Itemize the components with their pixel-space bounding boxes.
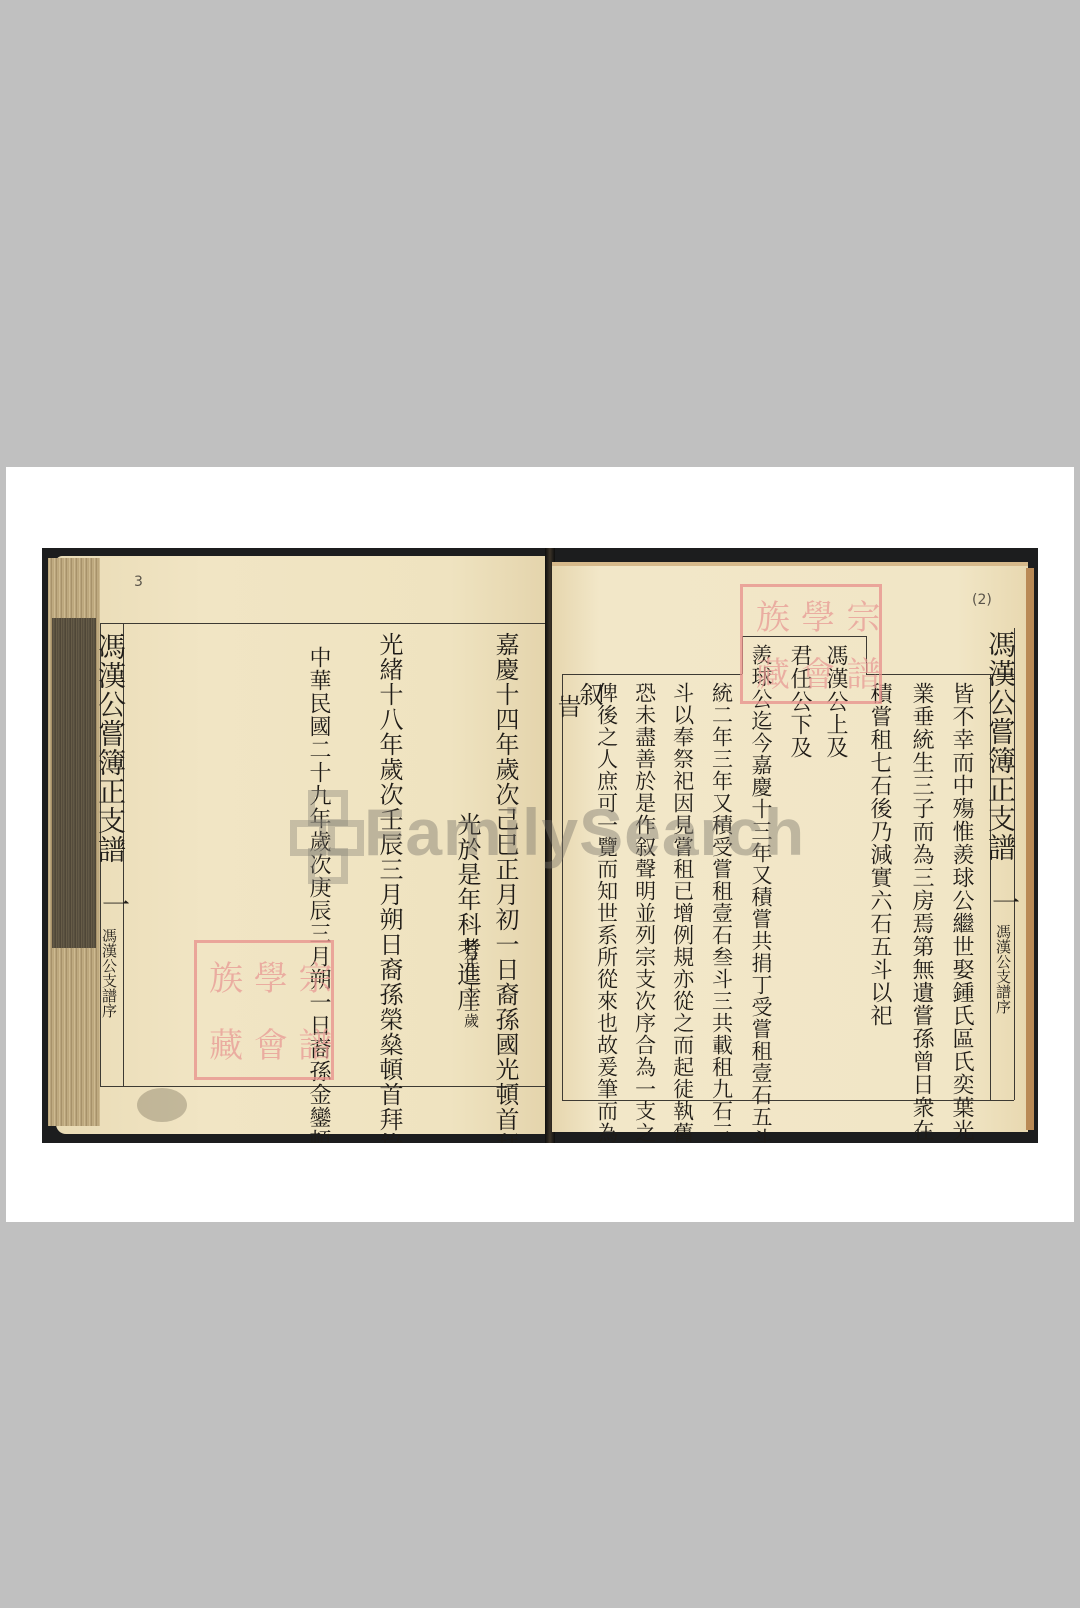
right-col-7: 統二年三年又積受嘗租壹石叁斗三共載租九石三 (708, 682, 735, 1143)
right-col-10: 俾後之人庶可一覽而知世系所從來也故爰筆而為之 (594, 682, 618, 1143)
right-margin-subtitle: 馮漢公支譜序 (994, 924, 1012, 1014)
left-red-seal: 族 學 宗 藏 會 譜 (194, 940, 334, 1080)
right-col-3: 積嘗租七石後乃減實六石五斗以祀 (866, 682, 893, 1027)
left-col-2-note: 時年三十二歲 (462, 938, 480, 1028)
right-margin-title: 馮漢公嘗簿正支譜 (984, 630, 1016, 862)
left-page-number: 3 (134, 574, 143, 590)
left-margin-title: 馮漢公嘗簿正支譜 (94, 632, 126, 864)
seal-char: 藏 (743, 656, 788, 690)
right-page-edge (1026, 568, 1034, 1130)
seal-char: 族 (743, 599, 788, 633)
seal-char: 藏 (197, 1027, 242, 1061)
book-fore-edge-stain (52, 618, 96, 948)
seal-char: 會 (788, 656, 833, 690)
seal-char: 學 (242, 960, 287, 994)
paper-stain (137, 1088, 187, 1122)
right-frame-top-left (562, 674, 742, 675)
right-page-number: (2) (972, 592, 992, 608)
seal-char: 宗 (834, 599, 879, 633)
right-col-12: 旹 (552, 694, 582, 719)
scanned-book-image: 3 馮漢公嘗簿正支譜 一 馮漢公支譜序 嘉慶十四年歲次己巳正月初一日裔孫國光頓首… (42, 548, 1038, 1143)
right-col-1: 皆不幸而中殤惟羨球公繼世娶鍾氏區氏奕葉光大創 (948, 682, 975, 1143)
seal-char: 譜 (286, 1027, 331, 1061)
left-margin-subtitle: 馮漢公支譜序 (100, 928, 118, 1018)
right-red-seal: 族 學 宗 藏 會 譜 (740, 584, 882, 704)
right-col-6: 羨球公迄今嘉慶十三年又積嘗共捐丁受嘗租壹石五斗宣 (748, 644, 774, 1143)
left-margin-section: 一 (98, 890, 130, 919)
right-col-2: 業垂統生三子而為三房焉第無遺嘗孫曾日衆在昔 (908, 682, 935, 1143)
seal-char: 會 (242, 1027, 287, 1061)
seal-char: 族 (197, 960, 242, 994)
right-frame-left (562, 674, 563, 1100)
left-col-1: 嘉慶十四年歲次己巳正月初一日裔孫國光頓首拜撰 (490, 632, 520, 1143)
right-col-9: 恐未盡善於是作叙聲明並列宗支次序合為一支之譜 (632, 682, 656, 1143)
right-margin-section: 一 (988, 888, 1020, 917)
seal-char: 宗 (286, 960, 331, 994)
right-frame-bottom (562, 1100, 1014, 1101)
left-frame-top (100, 623, 550, 624)
seal-char: 學 (788, 599, 833, 633)
left-col-3: 光緒十八年歲次壬辰三月朔日裔孫榮燊頓首拜錄 (374, 632, 404, 1143)
right-col-8: 斗以奉祭祀因見嘗租已增例規亦從之而起徒執舊簿 (670, 682, 694, 1143)
seal-char: 譜 (834, 656, 879, 690)
